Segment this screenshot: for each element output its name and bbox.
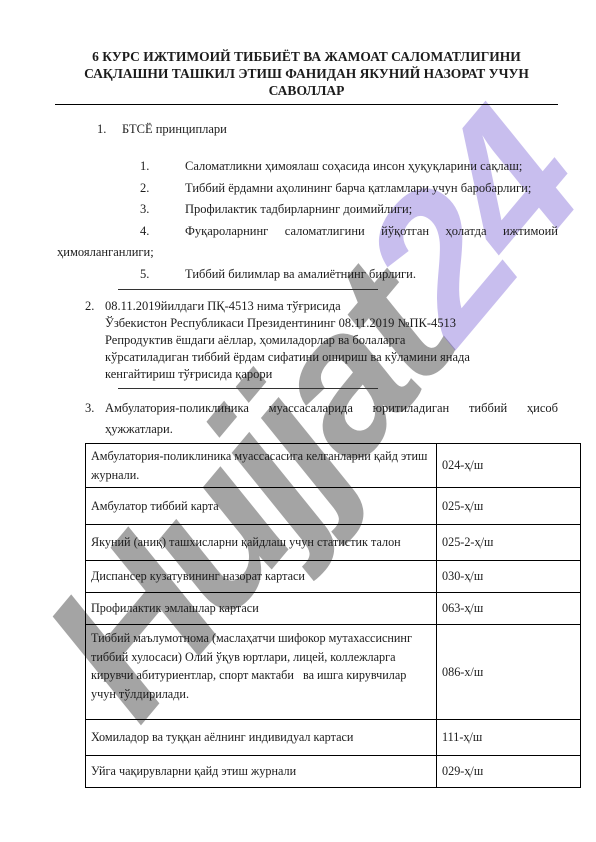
separator-line [118, 388, 378, 389]
list-item: 1. Саломатликни ҳимоялаш соҳасида инсон … [55, 156, 558, 178]
question-label: 08.11.2019йилдаги ПҚ-4513 нима тўғрисида [105, 299, 341, 313]
list-item-text: Тиббий ёрдамни аҳолининг барча қатламлар… [185, 181, 531, 195]
question-item-2: 2. 08.11.2019йилдаги ПҚ-4513 нима тўғрис… [55, 298, 558, 383]
record-code-cell: 025-2-ҳ/ш [437, 525, 581, 561]
separator-line [118, 289, 378, 290]
record-name-cell: Амбулатор тиббий карта [86, 488, 437, 525]
list-item: 3. Профилактик тадбирларнинг доимийлиги; [55, 199, 558, 221]
document-page: Hujjat24 6 КУРС ИЖТИМОИЙ ТИББИЁТ ВА ЖАМО… [0, 0, 596, 842]
table-row: Уйга чақирувларни қайд этиш журнали 029-… [86, 756, 581, 788]
list-item: 4.Фуқароларнинг саломатлигини йўқотган ҳ… [57, 221, 558, 264]
record-code-cell: 063-ҳ/ш [437, 593, 581, 625]
question-label: Амбулатория-поликлиника муассасаларида ю… [105, 401, 558, 436]
record-code-cell: 030-ҳ/ш [437, 561, 581, 593]
table-row: Амбулатория-поликлиника муассасасига кел… [86, 444, 581, 488]
table-row: Амбулатор тиббий карта 025-ҳ/ш [86, 488, 581, 525]
record-code-cell: 086-х/ш [437, 625, 581, 720]
question-number: 1. [97, 119, 106, 140]
record-name-cell: Якуний (аниқ) ташхисларни қайдлаш учун с… [86, 525, 437, 561]
table-row: Якуний (аниқ) ташхисларни қайдлаш учун с… [86, 525, 581, 561]
document-content: 6 КУРС ИЖТИМОИЙ ТИББИЁТ ВА ЖАМОАТ САЛОМА… [0, 0, 596, 788]
list-item-text: Профилактик тадбирларнинг доимийлиги; [185, 202, 412, 216]
principles-list: 1. Саломатликни ҳимоялаш соҳасида инсон … [55, 156, 558, 285]
question-item-3: 3. Амбулатория-поликлиника муассасаларид… [55, 398, 558, 440]
list-item-number: 3. [140, 199, 149, 221]
table-row: Профилактик эмлашлар картаси 063-ҳ/ш [86, 593, 581, 625]
record-name-cell: Амбулатория-поликлиника муассасасига кел… [86, 444, 437, 488]
list-item: 2. Тиббий ёрдамни аҳолининг барча қатлам… [55, 178, 558, 200]
record-code-cell: 111-ҳ/ш [437, 720, 581, 756]
records-table: Амбулатория-поликлиника муассасасига кел… [85, 443, 581, 788]
record-code-cell: 029-ҳ/ш [437, 756, 581, 788]
record-code-cell: 025-ҳ/ш [437, 488, 581, 525]
record-name-cell: Диспансер кузатувининг назорат картаси [86, 561, 437, 593]
question-number: 2. [85, 298, 94, 315]
table-row: Хомиладор ва туққан аёлнинг индивидуал к… [86, 720, 581, 756]
list-item-number: 4. [140, 221, 149, 243]
question-body: Ўзбекистон Республикаси Президентининг 0… [105, 315, 558, 383]
record-name-cell: Тиббий маълумотнома (маслаҳатчи шифокор … [86, 625, 437, 720]
question-item-1: 1. БТСЁ принциплари [55, 119, 558, 140]
record-name-cell: Хомиладор ва туққан аёлнинг индивидуал к… [86, 720, 437, 756]
list-item-text: Фуқароларнинг саломатлигини йўқотган ҳол… [57, 224, 558, 260]
record-name-cell: Уйга чақирувларни қайд этиш журнали [86, 756, 437, 788]
question-number: 3. [85, 398, 94, 419]
list-item-number: 5. [140, 264, 149, 286]
table-row: Диспансер кузатувининг назорат картаси 0… [86, 561, 581, 593]
list-item-text: Тиббий билимлар ва амалиётнинг бирлиги. [185, 267, 416, 281]
list-item: 5. Тиббий билимлар ва амалиётнинг бирлиг… [55, 264, 558, 286]
list-item-number: 1. [140, 156, 149, 178]
list-item-number: 2. [140, 178, 149, 200]
record-name-cell: Профилактик эмлашлар картаси [86, 593, 437, 625]
question-label: БТСЁ принциплари [122, 122, 227, 136]
record-code-cell: 024-ҳ/ш [437, 444, 581, 488]
list-item-text: Саломатликни ҳимоялаш соҳасида инсон ҳуқ… [185, 159, 522, 173]
page-title: 6 КУРС ИЖТИМОИЙ ТИББИЁТ ВА ЖАМОАТ САЛОМА… [55, 48, 558, 105]
table-row: Тиббий маълумотнома (маслаҳатчи шифокор … [86, 625, 581, 720]
